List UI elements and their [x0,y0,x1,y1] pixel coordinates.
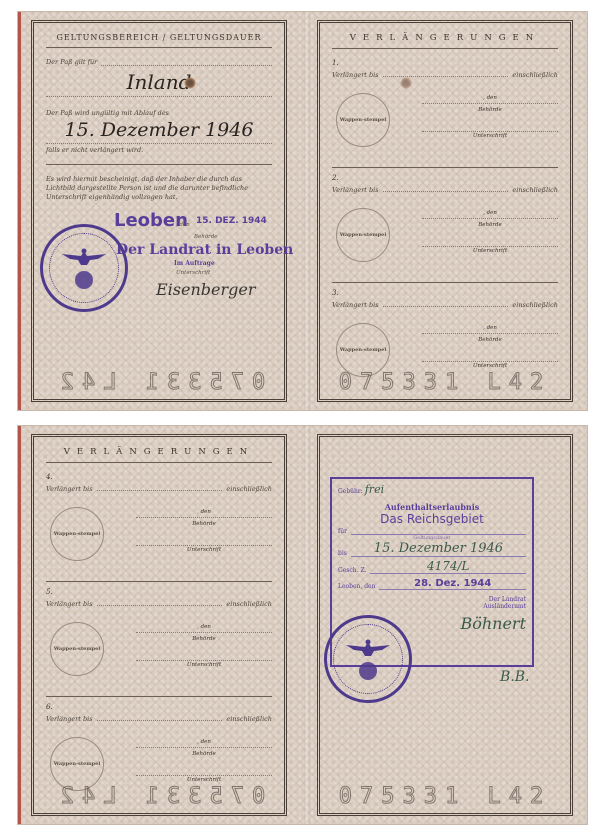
issuer: Der Landrat [338,596,526,603]
extended-until-label: Verlängert bis [46,715,93,723]
passport-spread-bottom: VERLÄNGERUNGEN 4. Verlängert biseinschli… [18,426,587,824]
for-label: für [338,528,347,535]
signature-label: Unterschrift [176,270,210,276]
signature: Eisenberger [156,280,256,299]
valid-for-value: Inland [46,66,272,97]
authority-label: Behörde [422,222,558,228]
extension-entry-1: 1. Verlängert biseinschließlich , den Be… [332,59,558,168]
inclusive-label: einschließlich [226,600,272,608]
perforated-number: 075331 L42 [44,784,274,809]
coat-of-arms-seal-placeholder: Wappen-stempel [336,93,390,147]
fee-label: Gebühr: [338,488,363,495]
until-value: 15. Dezember 1946 [351,541,526,557]
extensions-heading: VERLÄNGERUNGEN [46,437,272,463]
date-line: , den [422,325,558,334]
authority-label: Behörde [422,107,558,113]
extended-until-label: Verlängert bis [332,71,379,79]
authority-label: Behörde [136,636,272,642]
seal-center-emblem [359,662,377,680]
valid-for-label: Der Paß gilt für [46,58,97,66]
signature-label: Unterschrift [136,662,272,668]
entry-number: 1. [332,59,558,67]
issuing-office: Ausländeramt [338,603,526,610]
den-label: , den [176,222,190,228]
extensions-heading: VERLÄNGERUNGEN [332,23,558,49]
entry-number: 2. [332,174,558,182]
stamp-on-behalf: Im Auftrage [174,260,215,267]
authority-label: Behörde [194,234,218,240]
coat-of-arms-seal-placeholder: Wappen-stempel [336,208,390,262]
expiry-note: falls er nicht verlängert wird. [46,146,272,165]
extension-entry-5: 5. Verlängert biseinschließlich , den Be… [46,588,272,697]
inclusive-label: einschließlich [226,715,272,723]
coat-of-arms-seal-placeholder: Wappen-stempel [50,737,104,791]
authority-label: Behörde [136,521,272,527]
punch-hole [184,77,196,89]
permit-region: Das Reichsgebiet [338,512,526,526]
authority-label: Behörde [136,751,272,757]
duration-label: Geltungsdauer [338,535,526,541]
date-line: , den [136,509,272,518]
expiry-label: Der Paß wird ungültig mit Ablauf des [46,109,272,117]
perforated-number: 075331 L42 [330,370,560,395]
extensions-page-1: VERLÄNGERUNGEN 1. Verlängert biseinschli… [317,20,573,402]
page-fold [304,426,310,824]
extended-until-label: Verlängert bis [46,600,93,608]
signature-label: Unterschrift [422,363,558,369]
until-label: bis [338,550,347,557]
date-line: , den [422,210,558,219]
coat-of-arms-seal-placeholder: Wappen-stempel [336,323,390,377]
signature-label: Unterschrift [422,133,558,139]
entry-number: 5. [46,588,272,596]
coat-of-arms-seal-placeholder: Wappen-stempel [50,622,104,676]
extension-entry-2: 2. Verlängert biseinschließlich , den Be… [332,174,558,283]
permit-date: 28. Dez. 1944 [379,578,526,590]
expiry-value: 15. Dezember 1946 [46,117,272,144]
perforated-number: 075331 L42 [330,784,560,809]
inclusive-label: einschließlich [512,186,558,194]
landrat-official-seal [324,615,412,703]
signature-label: Unterschrift [422,248,558,254]
inclusive-label: einschließlich [512,71,558,79]
entry-number: 4. [46,473,272,481]
extended-until-label: Verlängert bis [332,186,379,194]
certification-text: Es wird hiermit bescheinigt, daß der Inh… [46,175,272,202]
date-line: , den [136,739,272,748]
authority-label: Behörde [422,337,558,343]
passport-spread-top: GELTUNGSBEREICH / GELTUNGSDAUER Der Paß … [18,12,587,410]
perforated-number: 075331 L42 [44,370,274,395]
file-number-value: 4174/L [370,559,526,574]
signature-label: Unterschrift [136,547,272,553]
page-fold [304,12,310,410]
permit-title: Aufenthaltserlaubnis [338,502,526,512]
date-line: , den [422,95,558,104]
entry-number: 3. [332,289,558,297]
coat-of-arms-seal-placeholder: Wappen-stempel [50,507,104,561]
official-seal [40,224,128,312]
fee-value: frei [365,483,384,496]
extension-entry-4: 4. Verlängert biseinschließlich , den Be… [46,473,272,582]
validity-heading: GELTUNGSBEREICH / GELTUNGSDAUER [46,23,272,48]
signature-label: Unterschrift [136,777,272,783]
entry-number: 6. [46,703,272,711]
residence-permit-page: Gebühr: frei Aufenthaltserlaubnis Das Re… [317,434,573,816]
permit-initials: B.B. [500,669,529,685]
file-number-label: Gesch. Z. [338,567,366,574]
stamp-date: 15. DEZ. 1944 [196,216,267,226]
place-label: Leoben, den [338,583,375,590]
extensions-page-2: VERLÄNGERUNGEN 4. Verlängert biseinschli… [31,434,287,816]
extended-until-label: Verlängert bis [46,485,93,493]
date-line: , den [136,624,272,633]
stamp-authority: Der Landrat in Leoben [116,242,293,258]
validity-page: GELTUNGSBEREICH / GELTUNGSDAUER Der Paß … [31,20,287,402]
seal-center-emblem [75,271,93,289]
inclusive-label: einschließlich [512,301,558,309]
inclusive-label: einschließlich [226,485,272,493]
extended-until-label: Verlängert bis [332,301,379,309]
